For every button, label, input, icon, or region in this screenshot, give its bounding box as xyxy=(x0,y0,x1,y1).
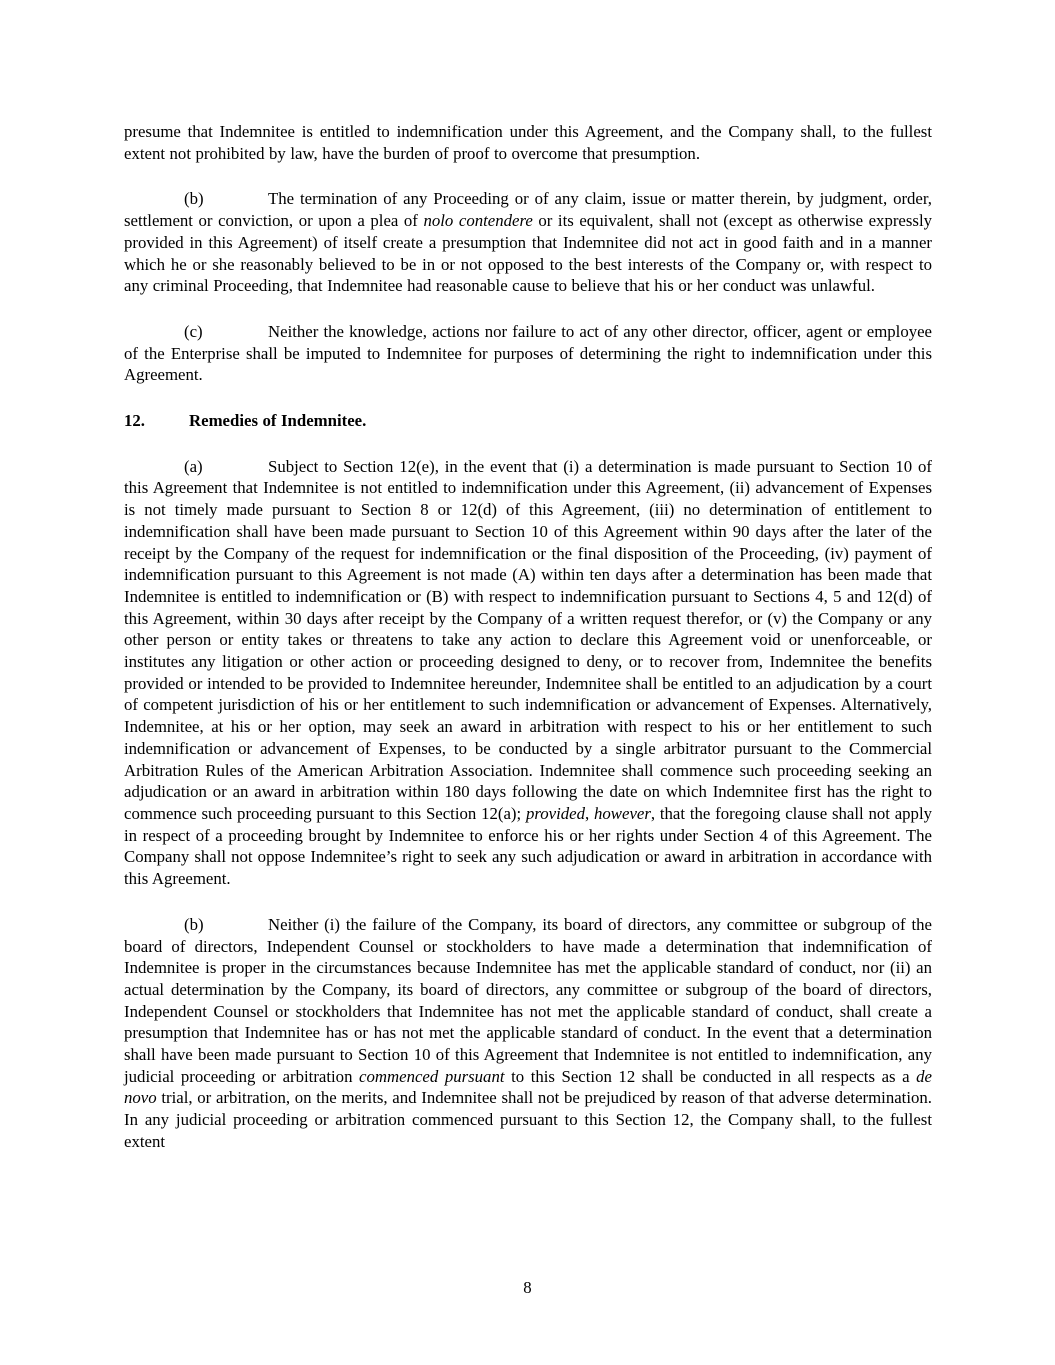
paragraph-label: (b) xyxy=(184,914,268,936)
paragraph-label: (b) xyxy=(184,188,268,210)
section-number: 12. xyxy=(124,410,189,432)
document-body: presume that Indemnitee is entitled to i… xyxy=(124,121,932,1153)
text-run: , xyxy=(585,804,594,823)
page-number: 8 xyxy=(0,1277,1055,1299)
document-page: presume that Indemnitee is entitled to i… xyxy=(0,0,1055,1365)
text-run: commenced pursuant xyxy=(359,1067,504,1086)
text-run: presume that Indemnitee is entitled to i… xyxy=(124,122,932,163)
text-run: Remedies of Indemnitee. xyxy=(189,411,366,430)
paragraph-label: (c) xyxy=(184,321,268,343)
text-run: provided xyxy=(526,804,585,823)
text-run: nolo contendere xyxy=(423,211,532,230)
text-run: Neither (i) the failure of the Company, … xyxy=(124,915,932,1086)
paragraph-label: (a) xyxy=(184,456,268,478)
paragraph: (b)Neither (i) the failure of the Compan… xyxy=(124,914,932,1153)
paragraph: (a)Subject to Section 12(e), in the even… xyxy=(124,456,932,890)
paragraph: (b)The termination of any Proceeding or … xyxy=(124,188,932,297)
text-run: Subject to Section 12(e), in the event t… xyxy=(124,457,932,823)
paragraph: (c)Neither the knowledge, actions nor fa… xyxy=(124,321,932,386)
section-heading: 12.Remedies of Indemnitee. xyxy=(124,410,932,432)
paragraph: presume that Indemnitee is entitled to i… xyxy=(124,121,932,164)
text-run: however xyxy=(594,804,651,823)
text-run: trial, or arbitration, on the merits, an… xyxy=(124,1088,932,1150)
text-run: to this Section 12 shall be conducted in… xyxy=(505,1067,917,1086)
